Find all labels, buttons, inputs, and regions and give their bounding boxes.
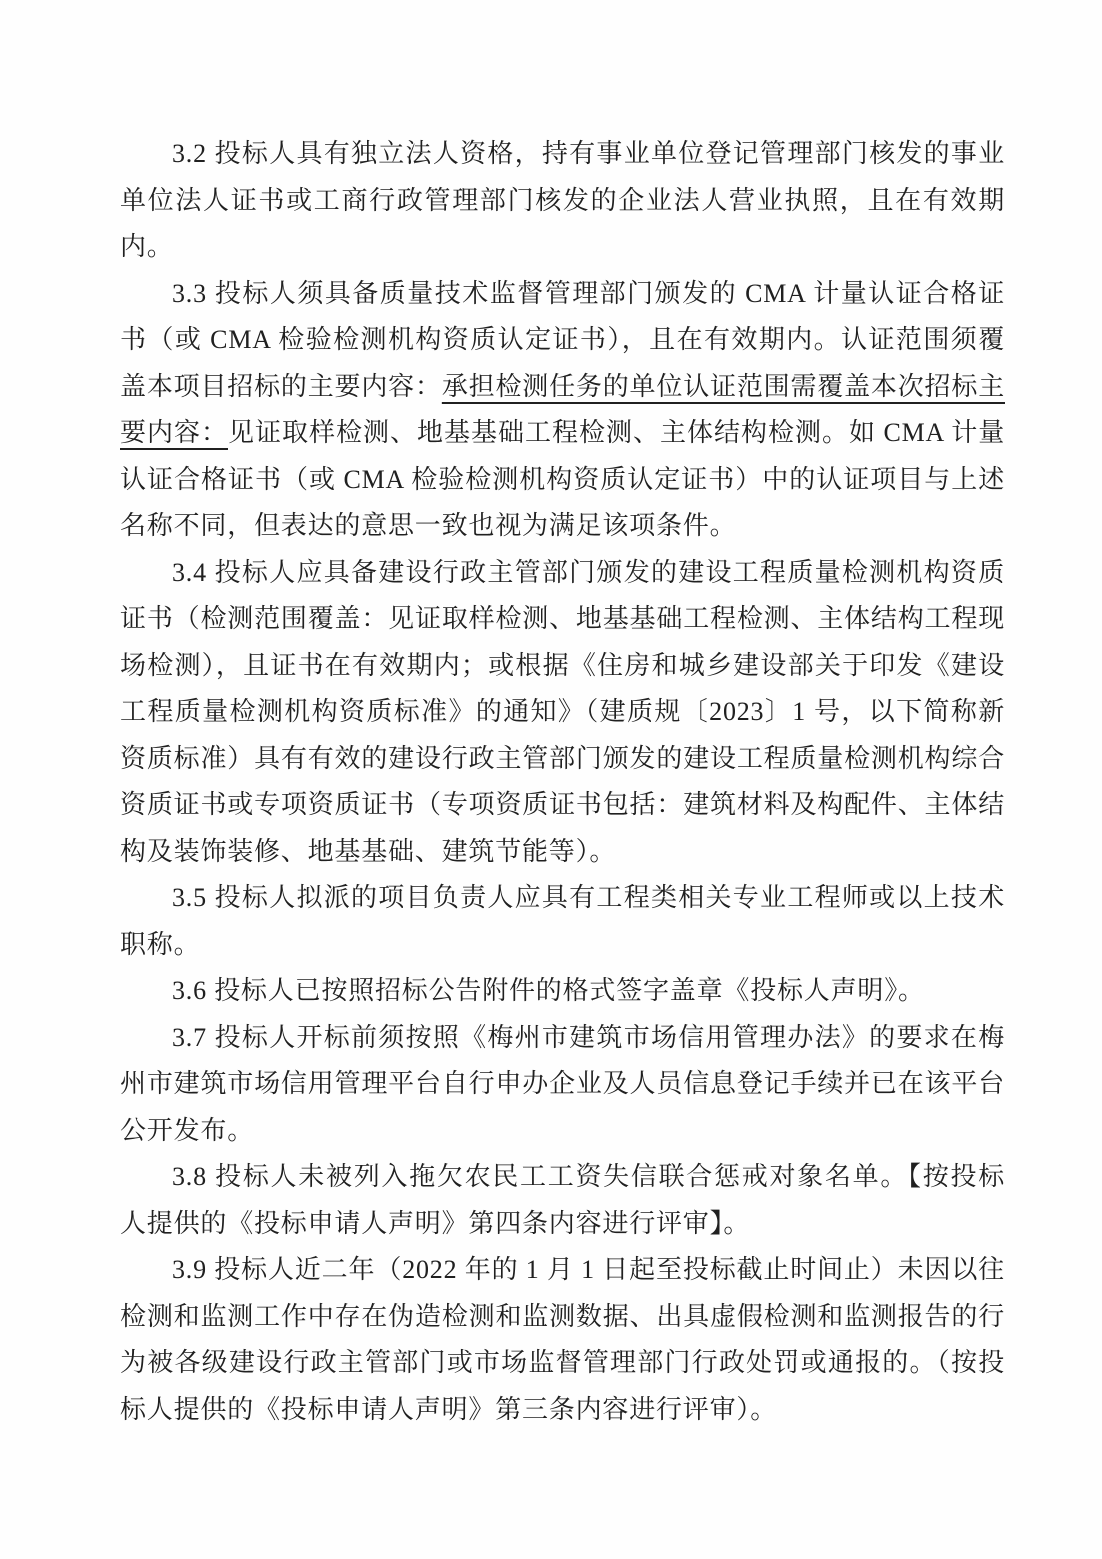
paragraph-3-4: 3.4 投标人应具备建设行政主管部门颁发的建设工程质量检测机构资质证书（检测范围… <box>120 550 1005 876</box>
paragraph-3-2: 3.2 投标人具有独立法人资格，持有事业单位登记管理部门核发的事业单位法人证书或… <box>120 131 1005 271</box>
document-body: 3.2 投标人具有独立法人资格，持有事业单位登记管理部门核发的事业单位法人证书或… <box>120 131 1005 1433</box>
paragraph-3-7: 3.7 投标人开标前须按照《梅州市建筑市场信用管理办法》的要求在梅州市建筑市场信… <box>120 1015 1005 1155</box>
paragraph-3-9: 3.9 投标人近二年（2022 年的 1 月 1 日起至投标截止时间止）未因以往… <box>120 1247 1005 1433</box>
document-page: 3.2 投标人具有独立法人资格，持有事业单位登记管理部门核发的事业单位法人证书或… <box>0 0 1102 1559</box>
paragraph-3-5: 3.5 投标人拟派的项目负责人应具有工程类相关专业工程师或以上技术职称。 <box>120 875 1005 968</box>
paragraph-3-8: 3.8 投标人未被列入拖欠农民工工资失信联合惩戒对象名单。【按投标人提供的《投标… <box>120 1154 1005 1247</box>
paragraph-3-3-text-after-underline: 见证取样检测、地基基础工程检测、主体结构检测。如 CMA 计量认证合格证书（或 … <box>120 418 1005 540</box>
paragraph-3-6: 3.6 投标人已按照招标公告附件的格式签字盖章《投标人声明》。 <box>120 968 1005 1015</box>
paragraph-3-3: 3.3 投标人须具备质量技术监督管理部门颁发的 CMA 计量认证合格证书（或 C… <box>120 271 1005 550</box>
